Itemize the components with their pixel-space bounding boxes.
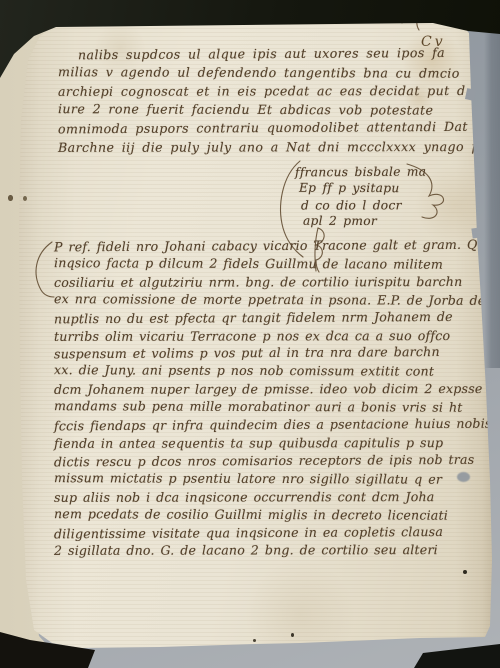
signature-block: ffrancus bisbale ma Ep ff p ysitapu d co…	[295, 164, 426, 230]
handwritten-line: 2 sigillata dno. G. de lacano 2 bng. de …	[54, 541, 498, 560]
handwritten-line: missum mictatis p psentiu latore nro sig…	[54, 469, 498, 489]
handwritten-line: nuptlis no du est pfecta qr tangit fidel…	[54, 307, 498, 328]
handwritten-line: P ref. fideli nro Johani cabacy vicario …	[54, 236, 498, 257]
page-edge-notch	[465, 88, 476, 101]
handwritten-line: dictis rescu p dcos nros comisarios rece…	[54, 451, 498, 472]
handwritten-line: Barchne iij die puly july ano a Nat dni …	[58, 138, 500, 158]
paragraph-2: P ref. fideli nro Johani cabacy vicario …	[54, 237, 498, 559]
handwritten-line: fienda in antea sequentis ta sup quibusd…	[54, 434, 498, 453]
handwritten-line: archiepi cognoscat et in eis pcedat ac e…	[58, 82, 500, 102]
handwritten-line: nem pcedats de cosilio Guillmi miglis in…	[54, 505, 498, 525]
handwritten-line: mandams sub pena mille morabatinor auri …	[54, 397, 498, 417]
handwritten-line: fccis fiendaps qr infra quindecim dies a…	[54, 415, 498, 436]
worm-hole	[8, 195, 13, 201]
manuscript-photo: Cv nalibs supdcos ul alque ipis aut uxor…	[0, 0, 500, 668]
handwritten-line: Ep ff p ysitapu	[295, 180, 426, 197]
handwritten-line: diligentissime visitate qua inqsicone in…	[54, 522, 498, 543]
handwritten-line: d co dio l docr	[295, 197, 426, 214]
handwritten-line: cosiliariu et algutziriu nrm. bng. de co…	[54, 273, 498, 292]
scan-background-shade	[484, 28, 500, 368]
ink-spot	[253, 639, 256, 642]
manuscript-page: Cv nalibs supdcos ul alque ipis aut uxor…	[0, 0, 500, 668]
worm-hole	[23, 196, 27, 201]
handwritten-line: xx. die Juny. ani psents p nos nob comis…	[54, 361, 498, 381]
handwritten-line: nalibs supdcos ul alque ipis aut uxores …	[58, 44, 500, 65]
handwritten-line: milias v agendo ul defendendo tangentibs…	[58, 63, 500, 83]
ink-spot	[291, 633, 294, 637]
entry-opening-bracket	[28, 240, 56, 300]
grey-blot	[457, 472, 470, 482]
handwritten-line: ffrancus bisbale ma	[295, 164, 426, 181]
paragraph-1: nalibs supdcos ul alque ipis aut uxores …	[58, 45, 500, 157]
handwritten-line: omnimoda psupors contrariu quomodolibet …	[58, 118, 500, 139]
ink-spot	[463, 570, 467, 574]
handwritten-line: sup aliis nob i dca inqsicone occurrendi…	[54, 488, 498, 507]
handwritten-line: inqsico facta p dilcum 2 fidels Guillmu …	[54, 254, 498, 274]
handwritten-line: dcm Johanem nuper largey de pmisse. ideo…	[54, 380, 498, 399]
page-edge-notch	[471, 227, 480, 238]
handwritten-line: ex nra comissione de morte ppetrata in p…	[54, 290, 498, 310]
